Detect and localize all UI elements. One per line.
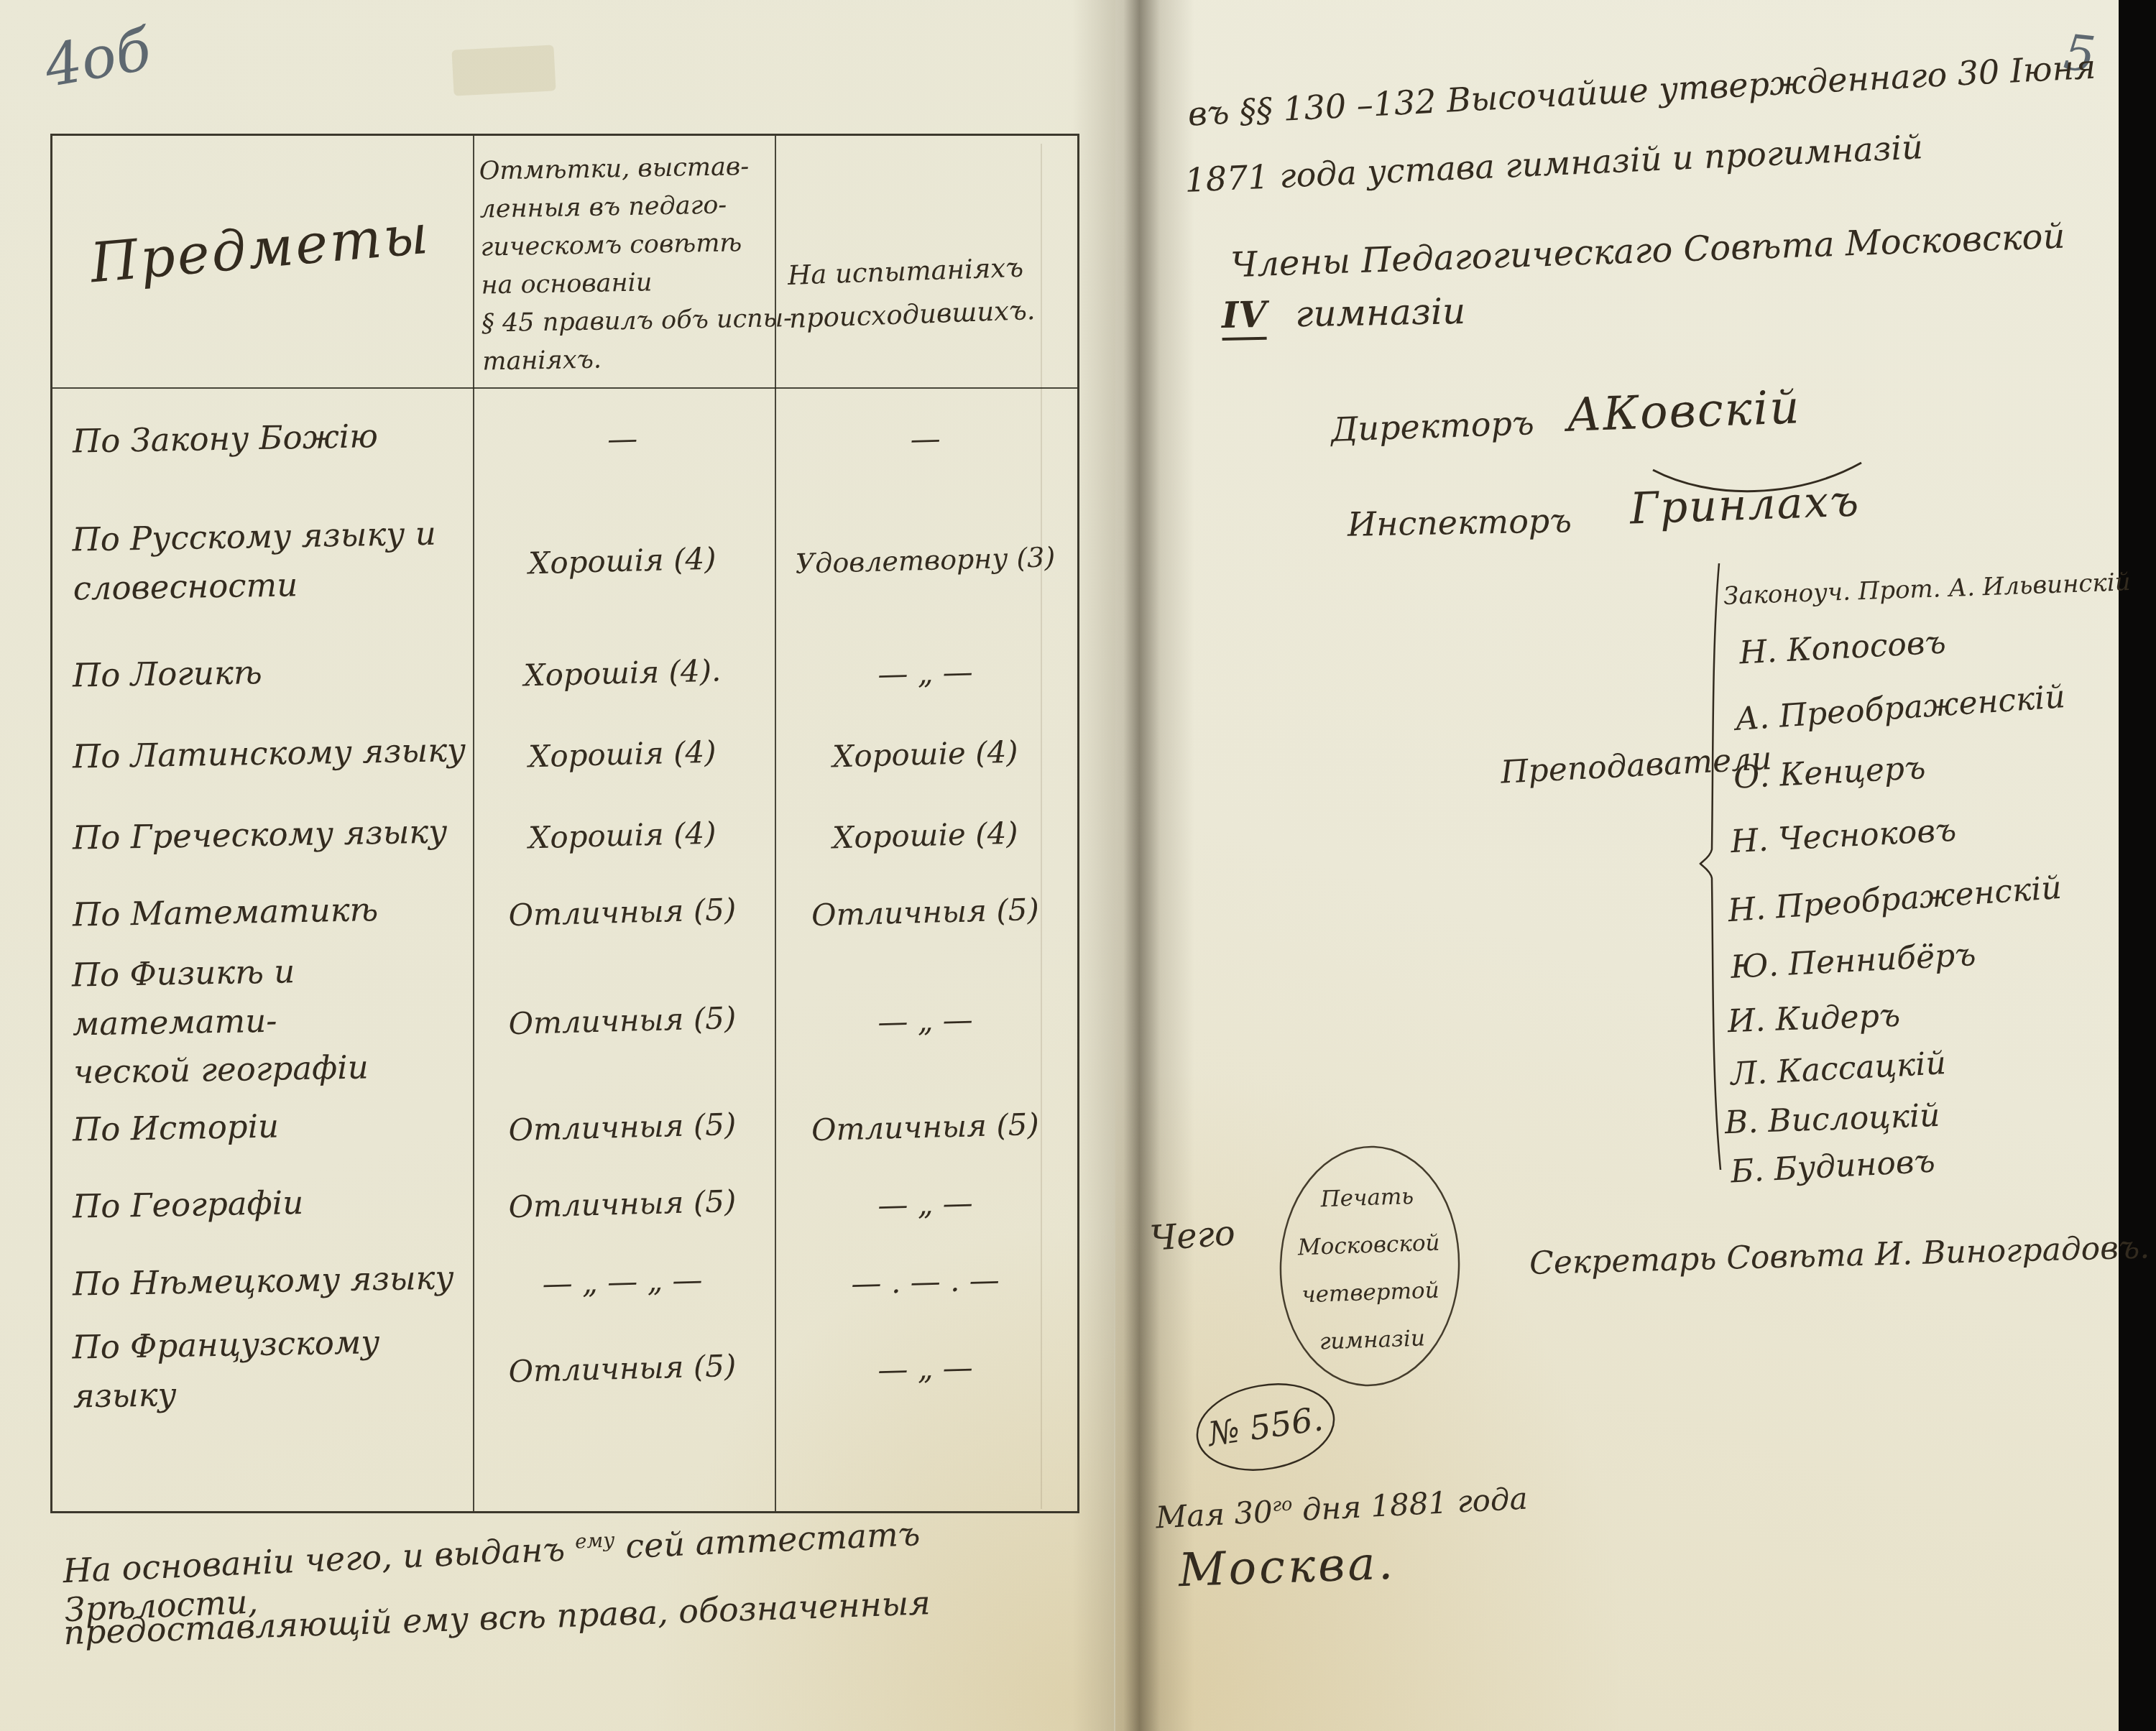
subject-cell: По Географіи [52, 1176, 471, 1232]
document-number: № 556. [1190, 1380, 1341, 1477]
exam-mark-cell: Хорошіе (4) [773, 732, 1077, 775]
director-label: Директоръ [1330, 403, 1534, 449]
subject-cell: По Нѣмецкому языку [52, 1253, 471, 1309]
exam-mark-cell: — „ — [773, 651, 1077, 694]
date-superscript: го [1272, 1494, 1293, 1515]
seal-line: четвертой [1276, 1265, 1465, 1319]
exam-mark-cell: Удовлетворну (3) [773, 540, 1077, 580]
table-row: По Исторіи Отличныя (5) Отличныя (5) [52, 1089, 1077, 1165]
exam-mark-cell: — . — . — [773, 1260, 1077, 1303]
subject-cell: По Исторіи [52, 1099, 471, 1155]
header-line: гическомъ совѣтѣ [480, 223, 771, 267]
table-row: По Французскому языку Отличныя (5) — „ — [52, 1320, 1077, 1403]
exam-mark-cell: Хорошіе (4) [773, 813, 1077, 857]
council-mark-cell: Отличныя (5) [471, 1105, 773, 1148]
subject-cell: По Французскому языку [52, 1316, 472, 1421]
seal-text: Печать Московской четвертой гимназіи [1273, 1171, 1466, 1367]
council-mark-cell: Хорошія (4) [471, 732, 773, 775]
table-row: По Логикѣ Хорошія (4). — „ — [52, 632, 1077, 714]
council-mark-cell: Отличныя (5) [471, 1182, 773, 1225]
exam-mark-cell: — [773, 417, 1077, 460]
subject-cell: По Латинскому языку [52, 726, 471, 782]
subject-cell: По Физикѣ и математи- ческой географіи [51, 944, 472, 1097]
exam-mark-cell: Отличныя (5) [773, 890, 1077, 933]
word-before-stamp: Чего [1148, 1213, 1236, 1259]
council-mark-cell: Хорошія (4) [471, 539, 773, 582]
inspector-label: Инспекторъ [1347, 501, 1572, 543]
document-scan: 4об 5 Предметы Отмѣтки, выстав- ленныя в… [0, 0, 2156, 1731]
seal-line: гимназіи [1278, 1313, 1466, 1367]
header-line: таніяхъ. [482, 338, 773, 381]
column-header-council-marks: Отмѣтки, выстав- ленныя въ педаго- гичес… [479, 147, 773, 381]
date-text: Мая 30 [1155, 1494, 1273, 1535]
director-signature: АКовскій [1566, 381, 1802, 442]
seal-line: Печать [1273, 1171, 1461, 1225]
council-mark-cell: — „ — „ — [471, 1260, 773, 1303]
exam-mark-cell: — „ — [773, 1347, 1077, 1390]
header-line: происходившихъ. [788, 287, 1077, 341]
teachers-brace [1697, 562, 1729, 1171]
teacher-signature: В. Вислоцкій [1724, 1097, 1940, 1141]
council-mark-cell: Хорошія (4). [471, 651, 773, 694]
header-line: § 45 правилъ объ испы- [482, 300, 773, 343]
header-line: Отмѣтки, выстав- [479, 147, 770, 190]
council-mark-cell: — [471, 417, 773, 460]
table-row: По Нѣмецкому языку — „ — „ — — . — . — [52, 1242, 1077, 1320]
inserted-word: ему [574, 1528, 615, 1553]
header-line: на основаніи [481, 262, 772, 305]
seal-line: Московской [1275, 1219, 1463, 1273]
table-body: По Закону Божію — — По Русскому языку и … [52, 387, 1077, 1403]
teacher-signature: И. Кидеръ [1727, 997, 1901, 1040]
table-row: По Математикѣ Отличныя (5) Отличныя (5) [52, 876, 1077, 948]
subject-cell: По Греческому языку [52, 807, 471, 863]
exam-mark-cell: — „ — [773, 1182, 1077, 1225]
subject-cell: По Закону Божію [52, 410, 471, 466]
exam-mark-cell: — „ — [773, 999, 1077, 1042]
council-mark-cell: Отличныя (5) [471, 890, 773, 933]
table-row: По Латинскому языку Хорошія (4) Хорошіе … [52, 714, 1077, 794]
grades-table: Предметы Отмѣтки, выстав- ленныя въ педа… [50, 134, 1079, 1513]
table-row: По Закону Божію — — [52, 387, 1077, 489]
column-header-exam-marks: На испытаніяхъ происходившихъ. [787, 244, 1077, 341]
table-row: По Русскому языку и словесности Хорошія … [52, 489, 1077, 632]
council-mark-cell: Отличныя (5) [471, 1347, 773, 1390]
council-mark-cell: Отличныя (5) [471, 999, 773, 1042]
table-row: По Физикѣ и математи- ческой географіи О… [52, 948, 1077, 1089]
seal-placeholder: Печать Московской четвертой гимназіи [1272, 1141, 1468, 1392]
subject-cell: По Логикѣ [52, 645, 471, 701]
council-members-line2: IV гимназіи [1222, 290, 1466, 336]
table-row: По Греческому языку Хорошія (4) Хорошіе … [52, 794, 1077, 876]
gymnasium-roman-numeral: IV [1222, 293, 1267, 341]
subject-cell: По Русскому языку и словесности [52, 508, 472, 612]
tape-mark [451, 45, 556, 96]
header-line: ленныя въ педаго- [479, 185, 770, 229]
city-line: Москва. [1178, 1537, 1396, 1597]
council-mark-cell: Хорошія (4) [471, 813, 773, 857]
exam-mark-cell: Отличныя (5) [773, 1105, 1077, 1148]
scan-black-edge [2119, 0, 2156, 1731]
column-header-subjects: Предметы [88, 202, 433, 295]
table-row: По Географіи Отличныя (5) — „ — [52, 1165, 1077, 1242]
subject-cell: По Математикѣ [52, 884, 471, 940]
inspector-signature: Гринлахъ [1629, 476, 1861, 534]
gymnasium-word: гимназіи [1295, 290, 1466, 335]
